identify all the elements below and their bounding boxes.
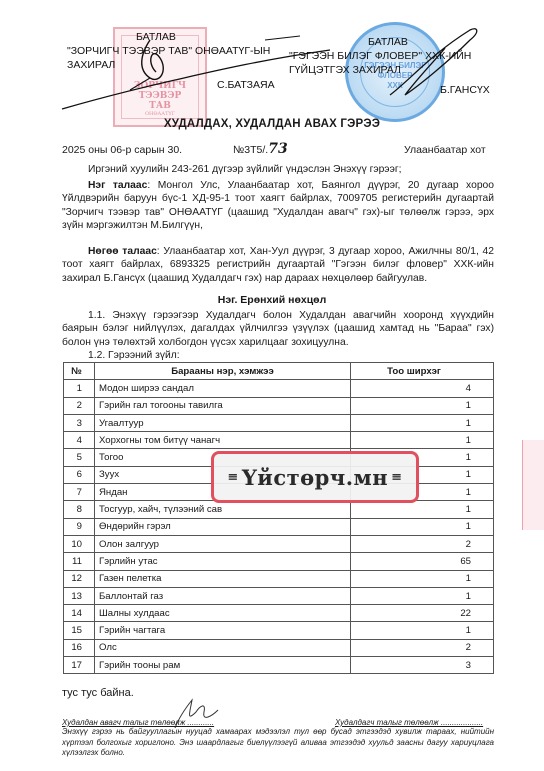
buyer-signature-icon	[0, 0, 544, 771]
buyer-sign-line: Худалдан авагч талыг төлөөлж ...........…	[62, 718, 214, 727]
seller-sign-line: Худалдагч талыг төлөөлж ................…	[335, 718, 483, 727]
confidentiality-note: Энэхүү гэрээ нь байгууллагын нууцад хама…	[62, 727, 494, 759]
